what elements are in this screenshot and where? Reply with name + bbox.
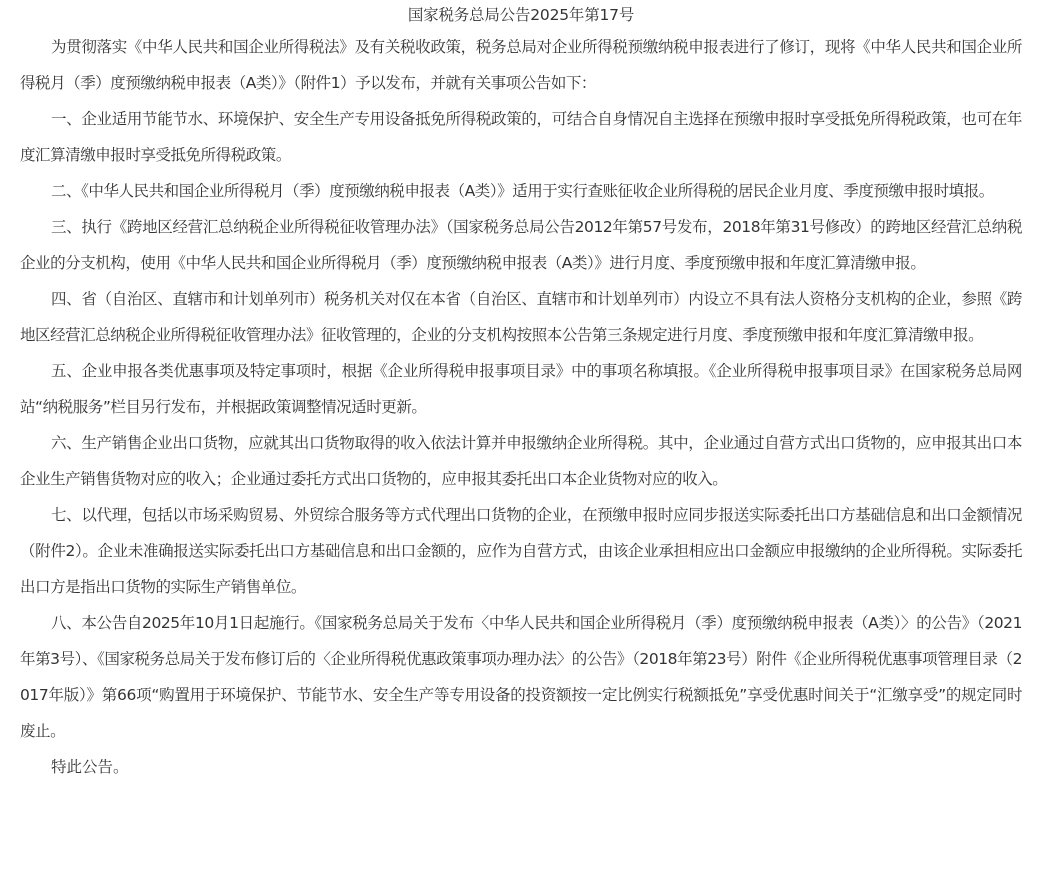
document-title: 国家税务总局公告2025年第17号 — [20, 0, 1022, 29]
item-paragraph-5: 五、企业申报各类优惠事项及特定事项时，根据《企业所得税申报事项目录》中的事项名称… — [20, 353, 1022, 425]
item-paragraph-8: 八、本公告自2025年10月1日起施行。《国家税务总局关于发布〈中华人民共和国企… — [20, 605, 1022, 749]
item-paragraph-3: 三、执行《跨地区经营汇总纳税企业所得税征收管理办法》（国家税务总局公告2012年… — [20, 209, 1022, 281]
item-paragraph-4: 四、省（自治区、直辖市和计划单列市）税务机关对仅在本省（自治区、直辖市和计划单列… — [20, 281, 1022, 353]
announcement-document: 国家税务总局公告2025年第17号 为贯彻落实《中华人民共和国企业所得税法》及有… — [0, 0, 1040, 785]
item-paragraph-7: 七、以代理，包括以市场采购贸易、外贸综合服务等方式代理出口货物的企业，在预缴申报… — [20, 497, 1022, 605]
intro-paragraph: 为贯彻落实《中华人民共和国企业所得税法》及有关税收政策，税务总局对企业所得税预缴… — [20, 29, 1022, 101]
item-paragraph-1: 一、企业适用节能节水、环境保护、安全生产专用设备抵免所得税政策的，可结合自身情况… — [20, 101, 1022, 173]
closing-statement: 特此公告。 — [20, 749, 1022, 785]
item-paragraph-6: 六、生产销售企业出口货物，应就其出口货物取得的收入依法计算并申报缴纳企业所得税。… — [20, 425, 1022, 497]
item-paragraph-2: 二、《中华人民共和国企业所得税月（季）度预缴纳税申报表（A类）》适用于实行查账征… — [20, 173, 1022, 209]
